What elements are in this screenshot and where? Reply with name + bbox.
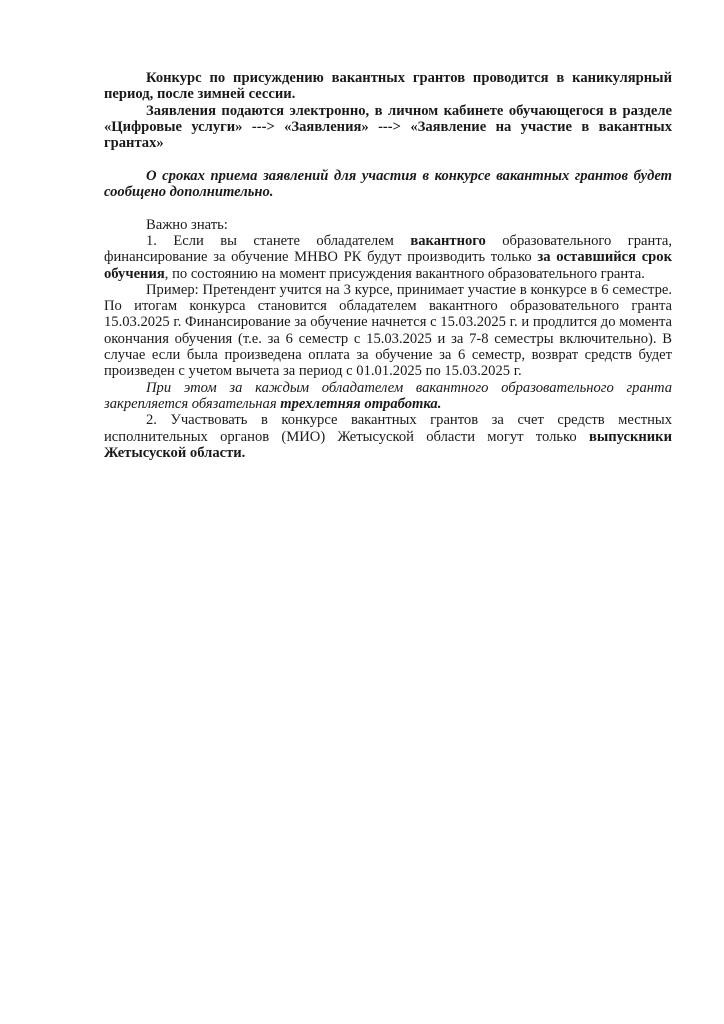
important-heading: Важно знать:: [104, 217, 672, 233]
item1-suffix: , по состоянию на момент присуждения вак…: [165, 266, 645, 282]
document-page: Конкурс по присуждению вакантных грантов…: [104, 70, 672, 461]
paragraph-item-2: 2. Участвовать в конкурсе вакантных гран…: [104, 412, 672, 461]
obligation-bold: трехлетняя отработка.: [280, 396, 441, 412]
spacer: [104, 151, 672, 167]
paragraph-item-1: 1. Если вы станете обладателем вакантног…: [104, 233, 672, 282]
paragraph-deadline-notice: О сроках приема заявлений для участия в …: [104, 168, 672, 201]
paragraph-application-path: Заявления подаются электронно, в личном …: [104, 103, 672, 152]
paragraph-contest-period: Конкурс по присуждению вакантных грантов…: [104, 70, 672, 103]
paragraph-example: Пример: Претендент учится на 3 курсе, пр…: [104, 282, 672, 380]
spacer: [104, 200, 672, 216]
item1-bold-vacant: вакантного: [410, 233, 486, 249]
item2-prefix: 2. Участвовать в конкурсе вакантных гран…: [104, 412, 672, 444]
paragraph-obligation: При этом за каждым обладателем вакантног…: [104, 380, 672, 413]
item1-prefix: 1. Если вы станете обладателем: [146, 233, 410, 249]
